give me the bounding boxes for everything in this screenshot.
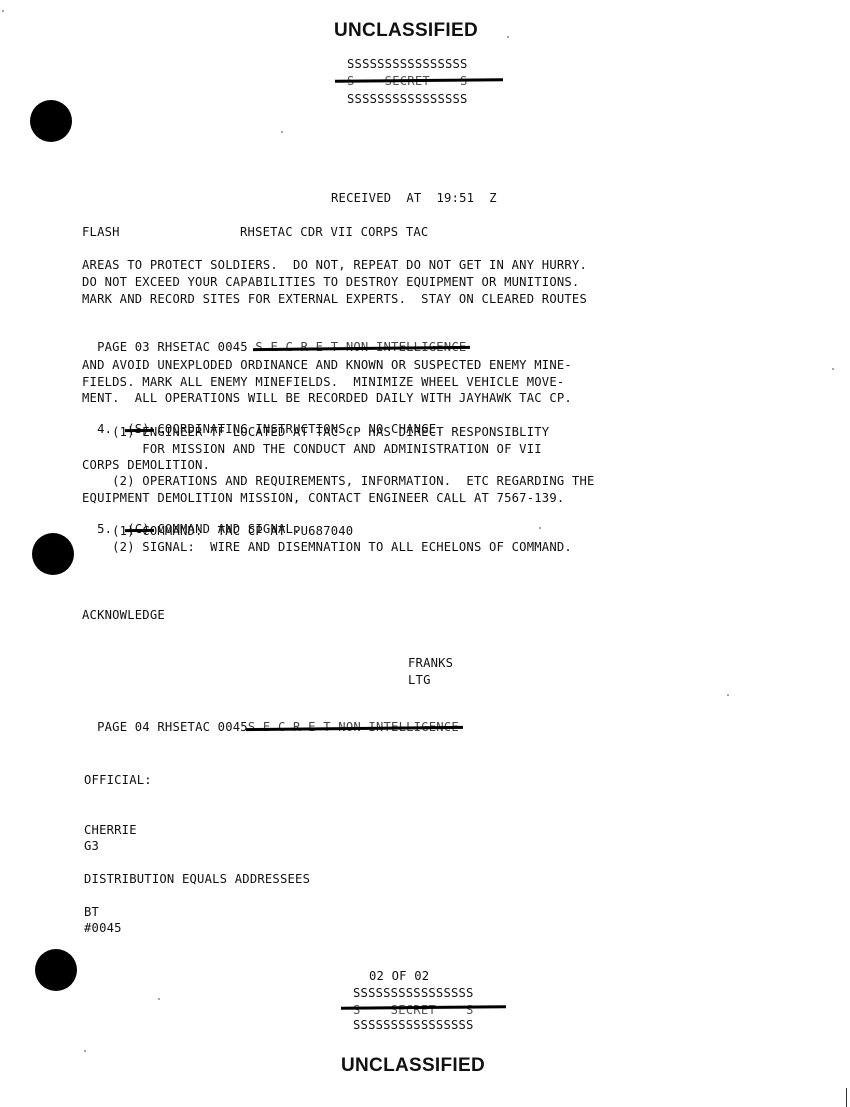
scan-speck (84, 1050, 86, 1052)
scan-speck (2, 10, 4, 12)
scan-speck (158, 998, 160, 1000)
signature-rank: LTG (408, 673, 431, 687)
punch-hole-bottom (35, 949, 77, 991)
section-5-line: (1) COMMAND: TAC CP AT PU687040 (82, 524, 353, 538)
body-line: DO NOT EXCEED YOUR CAPABILITIES TO DESTR… (82, 275, 579, 289)
secret-banner-line-3: SSSSSSSSSSSSSSSS (353, 1018, 474, 1032)
punch-hole-middle (32, 533, 74, 575)
section-4-line: (1) ENGINEER TF LOCATED AT TAC CP HAS DI… (82, 425, 549, 439)
secret-banner-line-1: SSSSSSSSSSSSSSSS (353, 986, 474, 1000)
body-line: AND AVOID UNEXPLODED ORDINANCE AND KNOWN… (82, 358, 572, 372)
scan-speck (507, 36, 509, 38)
secret-banner-line-3: SSSSSSSSSSSSSSSS (347, 92, 468, 106)
page-04-header: PAGE 04 RHSETAC 0045S E C R E T NON INTE… (82, 706, 459, 734)
body-line: AREAS TO PROTECT SOLDIERS. DO NOT, REPEA… (82, 258, 587, 272)
originator: RHSETAC CDR VII CORPS TAC (240, 225, 428, 239)
scan-edge-mark (846, 1088, 847, 1107)
distribution: DISTRIBUTION EQUALS ADDRESSEES (84, 872, 310, 886)
section-4-line: (2) OPERATIONS AND REQUIREMENTS, INFORMA… (82, 474, 595, 488)
body-line: MENT. ALL OPERATIONS WILL BE RECORDED DA… (82, 391, 572, 405)
section-4-line: CORPS DEMOLITION. (82, 458, 210, 472)
scan-speck (727, 694, 729, 696)
official-label: OFFICIAL: (84, 773, 152, 787)
received-time: RECEIVED AT 19:51 Z (331, 191, 497, 205)
message-number: #0045 (84, 921, 122, 935)
punch-hole-top (30, 100, 72, 142)
page-03-header: PAGE 03 RHSETAC 0045 S E C R E T NON INT… (82, 326, 466, 354)
authenticator-office: G3 (84, 839, 99, 853)
struck-classification: S E C R E T NON INTELLIGENCE (255, 340, 466, 354)
body-line: MARK AND RECORD SITES FOR EXTERNAL EXPER… (82, 292, 587, 306)
secret-banner-line-1: SSSSSSSSSSSSSSSS (347, 57, 468, 71)
classification-bottom: UNCLASSIFIED (341, 1055, 485, 1077)
acknowledge: ACKNOWLEDGE (82, 608, 165, 622)
scan-speck (539, 527, 541, 529)
authenticator-name: CHERRIE (84, 823, 137, 837)
section-5-line: (2) SIGNAL: WIRE AND DISEMNATION TO ALL … (82, 540, 572, 554)
page-header-text: PAGE 03 RHSETAC 0045 (97, 340, 255, 354)
classification-top: UNCLASSIFIED (334, 20, 478, 42)
section-4-line: FOR MISSION AND THE CONDUCT AND ADMINIST… (82, 442, 542, 456)
precedence: FLASH (82, 225, 120, 239)
scan-speck (832, 368, 834, 370)
signature-name: FRANKS (408, 656, 453, 670)
struck-classification: S E C R E T NON INTELLIGENCE (248, 720, 459, 734)
body-line: FIELDS. MARK ALL ENEMY MINEFIELDS. MINIM… (82, 375, 564, 389)
section-4-line: EQUIPMENT DEMOLITION MISSION, CONTACT EN… (82, 491, 564, 505)
page-header-text: PAGE 04 RHSETAC 0045 (97, 720, 248, 734)
page-count: 02 OF 02 (369, 969, 429, 983)
scan-speck (281, 131, 283, 133)
break-marker: BT (84, 905, 99, 919)
